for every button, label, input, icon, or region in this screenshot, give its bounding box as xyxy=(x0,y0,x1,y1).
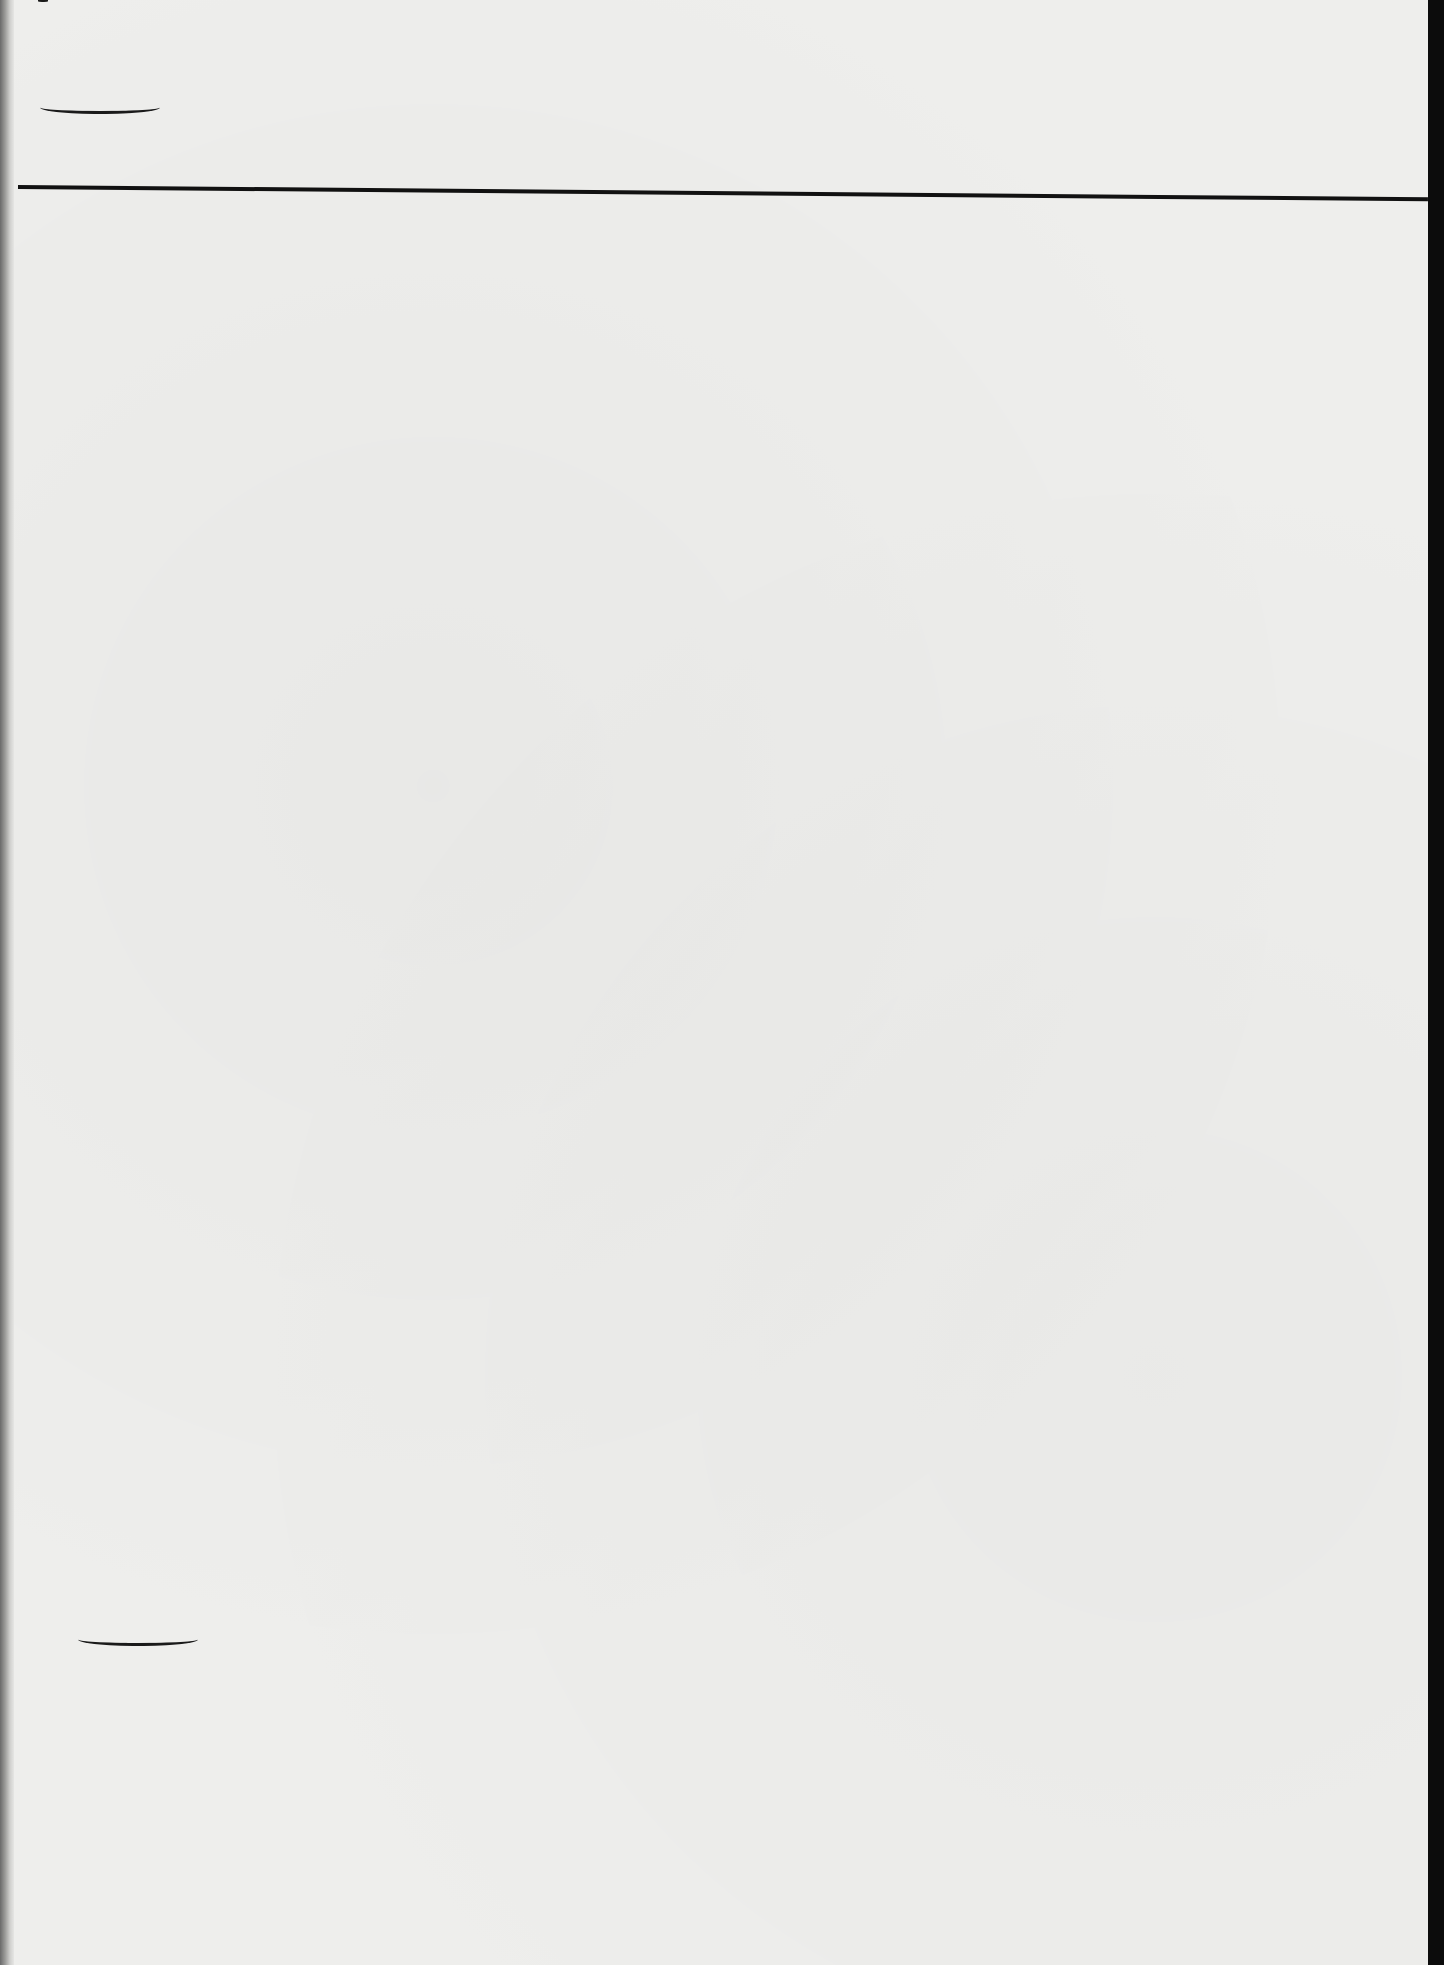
line-flourish xyxy=(40,101,160,114)
ledger-page xyxy=(0,0,1444,1965)
attestation-line xyxy=(60,1618,1424,1658)
page-number xyxy=(38,0,48,2)
scan-border xyxy=(1428,0,1444,1965)
line-flourish xyxy=(78,1633,198,1646)
page-binding-edge xyxy=(0,0,14,1965)
header-line-1 xyxy=(22,86,1424,126)
section-divider xyxy=(18,185,1428,201)
